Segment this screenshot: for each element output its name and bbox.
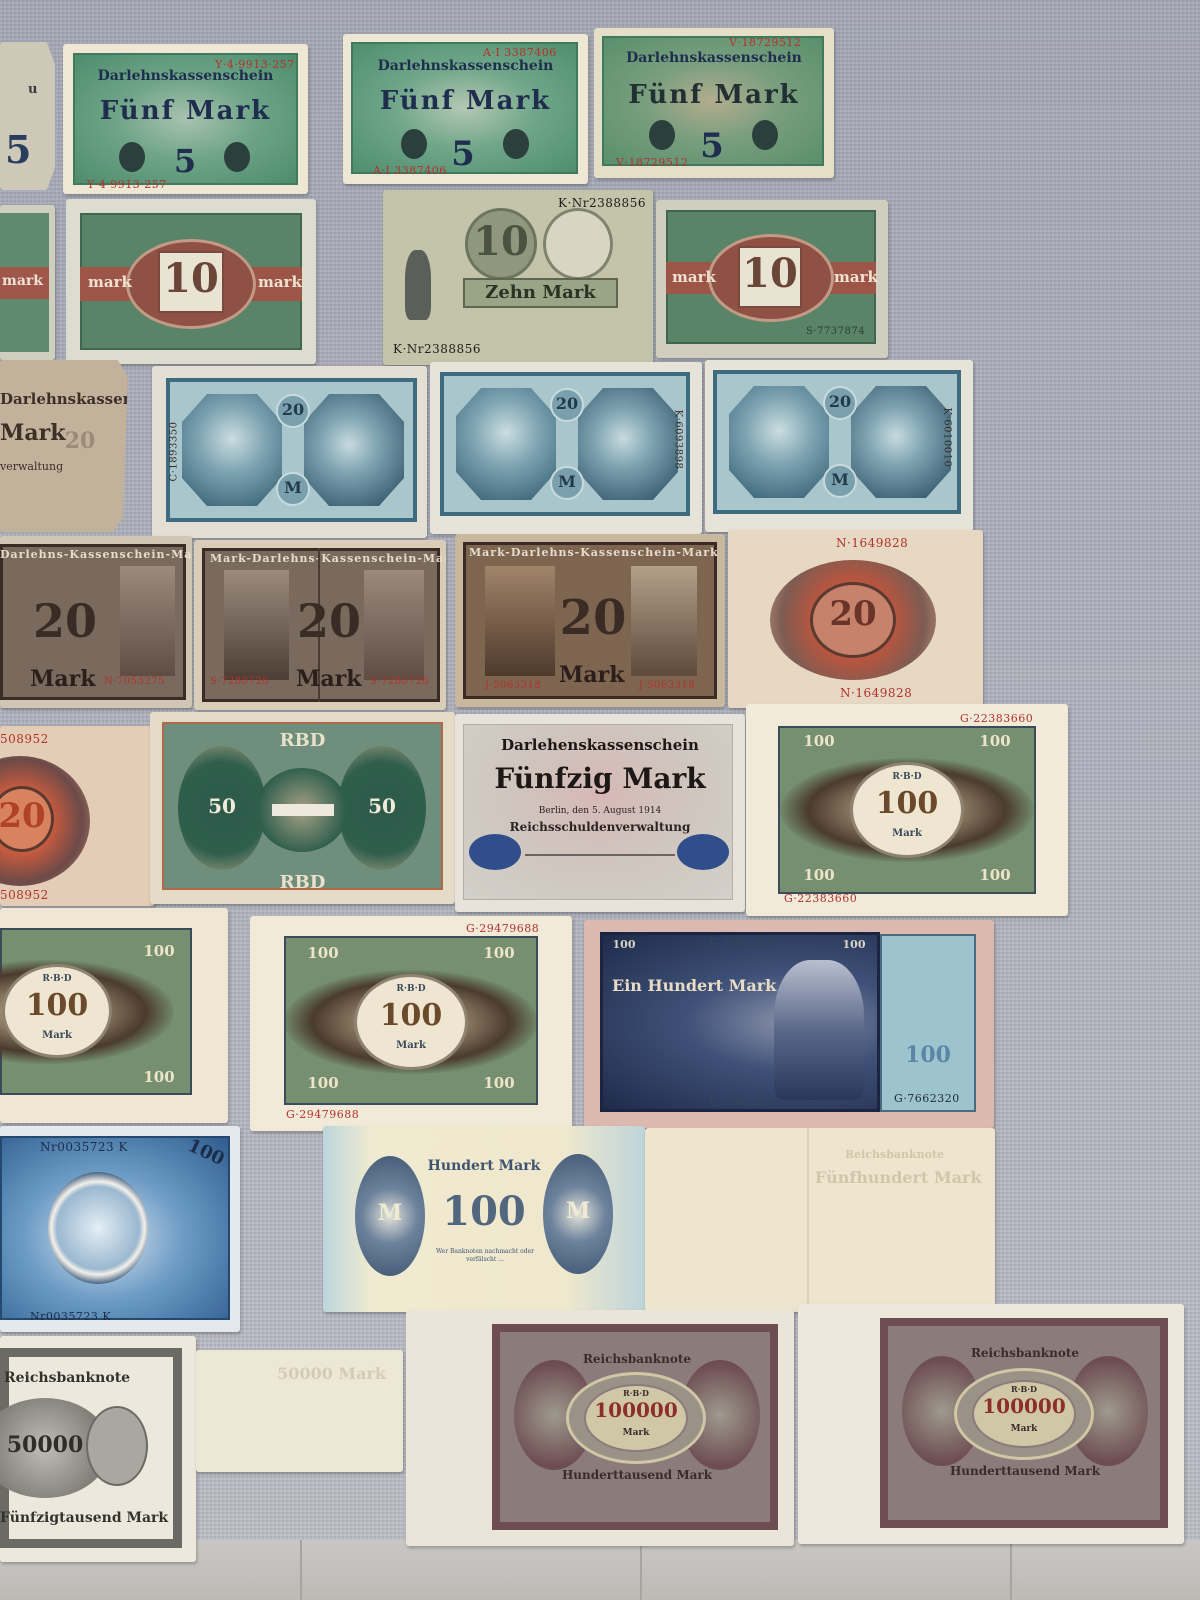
- denomination: 20: [555, 590, 631, 646]
- note-title: Hundert Mark: [323, 1158, 645, 1174]
- denomination: 100000: [966, 1394, 1082, 1418]
- corner-value: 100: [134, 942, 184, 960]
- serial-number: G·22383660: [960, 712, 1033, 725]
- banknote-100-mark-rbd: G·29479688 R·B·D 100 Mark 100 100 100 10…: [250, 916, 572, 1131]
- banknote-10-mark-partial: mark: [0, 205, 55, 360]
- serial-number: C·1893350: [168, 422, 179, 482]
- denomination: 50: [354, 794, 410, 818]
- banknote-5-mark: Y·4·9913·257 Darlehnskassenschein Fünf M…: [63, 44, 308, 194]
- serial-number: 508952: [0, 732, 49, 746]
- value-text: Mark: [0, 420, 65, 446]
- serial-number: G·7662320: [894, 1092, 960, 1105]
- banknote-ein-hundert-mark: G·7662320 Ein Hundert Mark 100 100 G·766…: [584, 920, 994, 1128]
- mark-word: Mark: [559, 662, 624, 688]
- monogram: M: [555, 1198, 601, 1224]
- letter-m: M: [823, 470, 857, 489]
- mark-word: mark: [834, 268, 878, 286]
- banknote-10-mark: 10 mark mark: [66, 199, 316, 364]
- note-title: Darlehnskassenschein: [343, 58, 588, 74]
- note-title: Darlehnskassenschein: [63, 68, 308, 84]
- corner-value: 100: [834, 938, 874, 951]
- mark-word: Mark: [30, 666, 95, 692]
- value-text: Fünfhundert Mark: [815, 1168, 981, 1187]
- denomination: 5: [692, 126, 732, 166]
- denomination: 50000: [0, 1432, 100, 1458]
- monogram: RBD: [150, 872, 455, 893]
- corner-value: 100: [794, 866, 844, 884]
- serial-number: G·7662320: [710, 1096, 776, 1109]
- denomination: 10: [738, 250, 802, 297]
- letter-m: M: [276, 478, 310, 497]
- banknote-20-mark: 20 M K·6010010: [705, 360, 973, 532]
- issuer-fragment: verwaltung: [0, 460, 63, 473]
- mark-word: mark: [258, 273, 302, 291]
- denomination: 100: [850, 786, 964, 821]
- banknote-100000-mark: Reichsbanknote R·B·D 100000 Mark Hundert…: [798, 1304, 1184, 1544]
- eagle-seal: [224, 142, 250, 172]
- banknote-zehn-mark: K·Nr2388856 10 Zehn Mark K·Nr2388856: [383, 190, 653, 365]
- denomination: 20: [810, 594, 896, 634]
- corner-value: 100: [474, 1074, 524, 1092]
- corner-value: 100: [604, 938, 644, 951]
- germania-figure: [774, 960, 864, 1100]
- note-title: Darlehnskassenschein: [594, 50, 834, 66]
- banknote-20-mark: 20 M K·6093898: [430, 362, 702, 534]
- fold-line: [807, 1128, 809, 1312]
- corner-value: 100: [970, 866, 1020, 884]
- date-line: Berlin, den 5. August 1914: [455, 806, 745, 816]
- letter-m: M: [550, 472, 584, 491]
- figure-knight: [224, 570, 289, 680]
- banknote-100000-mark: Reichsbanknote R·B·D 100000 Mark Hundert…: [406, 1310, 794, 1546]
- mark-word: Mark: [584, 1428, 688, 1438]
- corner-value: 100: [298, 944, 348, 962]
- denomination: 20: [823, 392, 857, 411]
- mark-word: Mark: [972, 1424, 1076, 1434]
- serial-number: V·18729512: [729, 36, 801, 49]
- eagle-seal: [401, 129, 427, 159]
- eagle-seal: [752, 120, 778, 150]
- banknote-100-mark-blue: Nr0035723 K 100 Nr0035723 K: [0, 1126, 240, 1332]
- mark-word: Mark: [2, 1030, 112, 1041]
- denomination: 100: [880, 1042, 976, 1068]
- banknote-100-mark-rbd-partial: R·B·D 100 Mark 100 100: [0, 908, 228, 1123]
- serial-number: K·6010010: [941, 408, 952, 468]
- denomination: 20: [276, 400, 310, 419]
- banknote-20-mark-partial: Darlehnskassenschein Mark 20 verwaltung: [0, 360, 128, 532]
- portrait-woman: [578, 388, 678, 500]
- banknote-50-mark-fuenfzig: Darlehenskassenschein Fünfzig Mark Berli…: [455, 714, 745, 912]
- denomination: 10: [158, 255, 224, 302]
- eagle-emblem: [405, 250, 431, 320]
- banknote-50000-mark: Reichsbanknote 50000 Fünfzigtausend Mark: [0, 1336, 196, 1562]
- note-title: Ein Hundert Mark: [612, 976, 776, 995]
- center-monogram: R·B·D: [250, 984, 572, 994]
- banknote-20-mark: 20 M C·1893350: [152, 366, 427, 538]
- denomination: 100: [423, 1188, 545, 1235]
- banknote-10-mark: 10 mark mark S·7737874: [656, 200, 888, 358]
- denomination: 20: [294, 594, 364, 648]
- corner-value: 100: [298, 1074, 348, 1092]
- corner-value: 100: [474, 944, 524, 962]
- serial-number: S·7280726: [370, 676, 429, 687]
- banknote-100-mark-rbd: G·22383660 R·B·D 100 Mark 100 100 100 10…: [746, 704, 1068, 916]
- figure-woman: [120, 566, 175, 676]
- note-title: Reichsbanknote: [845, 1148, 944, 1161]
- mark-word: mark: [2, 273, 43, 289]
- serial-number: G·22383660: [784, 892, 857, 905]
- serial-number: Y·4·9913·257: [87, 178, 167, 191]
- monogram: M: [367, 1200, 413, 1226]
- blue-seal: [469, 834, 521, 870]
- serial-number: K·6093898: [672, 410, 683, 470]
- tile-seam: [300, 1540, 302, 1600]
- mark-word: mark: [672, 268, 716, 286]
- denomination: 20: [60, 428, 100, 454]
- center-monogram: R·B·D: [746, 772, 1068, 782]
- mark-word: Mark: [250, 1040, 572, 1051]
- tile-seam: [640, 1540, 642, 1600]
- denomination: 100: [354, 998, 468, 1033]
- serial-number: J·5063318: [639, 680, 695, 691]
- mark-word: Mark: [296, 666, 361, 692]
- mark-word: Mark: [746, 828, 1068, 839]
- eagle-seal: [119, 142, 145, 172]
- denomination: 20: [0, 796, 52, 836]
- banknote-5-mark: V·18729512 Darlehnskassenschein Fünf Mar…: [594, 28, 834, 178]
- eagle-seal: [649, 120, 675, 150]
- serial-number: J·5063318: [485, 680, 541, 691]
- banner-text: Mark-Darlehns-Kassenschein-Mark: [210, 552, 446, 565]
- banknote-500-mark-faded: Reichsbanknote Fünfhundert Mark: [645, 1128, 995, 1312]
- value-text: Fünf Mark: [594, 80, 834, 110]
- banner-text: Mark-Darlehns-Kassenschein-Mark: [469, 546, 719, 559]
- banknote-20-mark-red-partial: 508952 20 508952: [0, 726, 155, 906]
- banknote-20-mark-brown: Darlehns-Kassenschein-Mark 20 Mark N·705…: [0, 536, 192, 708]
- serial-number: N·1649828: [840, 686, 912, 700]
- watermark-window: [543, 208, 613, 280]
- denomination: 10: [465, 218, 537, 265]
- value-text: Hunderttausend Mark: [940, 1464, 1110, 1478]
- portrait-woman: [304, 394, 404, 506]
- serial-number: G·29479688: [466, 922, 539, 935]
- center-monogram: R·B·D: [584, 1388, 688, 1398]
- text-fragment: u: [28, 82, 37, 97]
- denomination: 50: [194, 794, 250, 818]
- denomination: 5: [5, 127, 31, 172]
- monogram: RBD: [150, 730, 455, 751]
- note-title: Darlehnskassenschein: [0, 390, 128, 408]
- value-text: Fünf Mark: [63, 96, 308, 126]
- serial-number: A·I 3387406: [373, 164, 447, 177]
- value-text: Fünfzigtausend Mark: [0, 1510, 168, 1526]
- portrait-man: [729, 386, 829, 498]
- note-title: Darlehenskassenschein: [455, 736, 745, 754]
- value-text: Fünf Mark: [343, 86, 588, 116]
- blue-seal: [677, 834, 729, 870]
- banknote-50000-mark-back: 50000 Mark: [196, 1350, 403, 1472]
- corner-value: 100: [134, 1068, 184, 1086]
- center-monogram: R·B·D: [2, 974, 112, 984]
- banknote-20-mark-brown: Mark-Darlehns-Kassenschein-Mark 20 Mark …: [194, 540, 446, 710]
- portrait-man: [182, 394, 282, 506]
- banknote-50-mark-rbd: RBD RBD 50 50: [150, 712, 455, 904]
- warning-text: Wer Banknoten nachmacht oder verfälscht …: [425, 1248, 545, 1264]
- figure-woman: [364, 570, 424, 680]
- serial-number: S·7280726: [210, 676, 269, 687]
- corner-value: 100: [794, 732, 844, 750]
- serial-number: G·7662320: [710, 936, 776, 949]
- value-text: Zehn Mark: [463, 282, 618, 303]
- banknote-20-mark-red: N·1649828 20 N·1649828: [728, 530, 983, 708]
- serial-number: 508952: [0, 888, 49, 902]
- figure-woman: [631, 566, 697, 676]
- value-text: 50000 Mark: [206, 1364, 386, 1383]
- corner-value: 100: [970, 732, 1020, 750]
- denomination: 20: [550, 394, 584, 413]
- figure-knight: [485, 566, 555, 676]
- serial-number: V·18729512: [616, 156, 688, 169]
- serial-number: N·7053275: [104, 676, 165, 687]
- serial-number: K·Nr2388856: [393, 342, 481, 356]
- banknote-hundert-mark: M M Hundert Mark 100 Wer Banknoten nachm…: [323, 1126, 645, 1312]
- portrait-medallion: [48, 1172, 148, 1284]
- mark-word: mark: [88, 273, 132, 291]
- portrait-woman: [851, 386, 951, 498]
- banknote-5-mark: A·I 3387406 Darlehnskassenschein Fünf Ma…: [343, 34, 588, 184]
- banknote-5-mark-partial: 5 u: [0, 42, 55, 190]
- denomination: 5: [443, 134, 483, 174]
- denomination: 100000: [578, 1398, 694, 1422]
- serial-number: Nr0035723 K: [30, 1310, 111, 1323]
- note-title: Reichsbanknote: [940, 1346, 1110, 1360]
- value-text: Hunderttausend Mark: [552, 1468, 722, 1482]
- serial-number: Nr0035723 K: [40, 1140, 128, 1154]
- banner-text: Darlehns-Kassenschein-Mark: [0, 548, 192, 561]
- serial-number: S·7737874: [806, 326, 865, 337]
- denomination: 100: [2, 988, 112, 1023]
- value-text: Fünfzig Mark: [455, 762, 745, 795]
- serial-number: N·1649828: [836, 536, 908, 550]
- denomination: 5: [165, 142, 205, 180]
- serial-number: G·29479688: [286, 1108, 359, 1121]
- note-title: Reichsbanknote: [4, 1370, 130, 1386]
- eagle-seal: [503, 129, 529, 159]
- tile-seam: [1010, 1540, 1012, 1600]
- banknote-20-mark-brown: Mark-Darlehns-Kassenschein-Mark 20 Mark …: [455, 534, 725, 707]
- warning-text-box: [272, 804, 334, 816]
- denomination: 20: [30, 594, 100, 648]
- signature-line: [525, 854, 675, 856]
- issuer: Reichsschuldenverwaltung: [455, 820, 745, 834]
- center-monogram: R·B·D: [972, 1384, 1076, 1394]
- portrait-man: [456, 388, 556, 500]
- note-title: Reichsbanknote: [552, 1352, 722, 1366]
